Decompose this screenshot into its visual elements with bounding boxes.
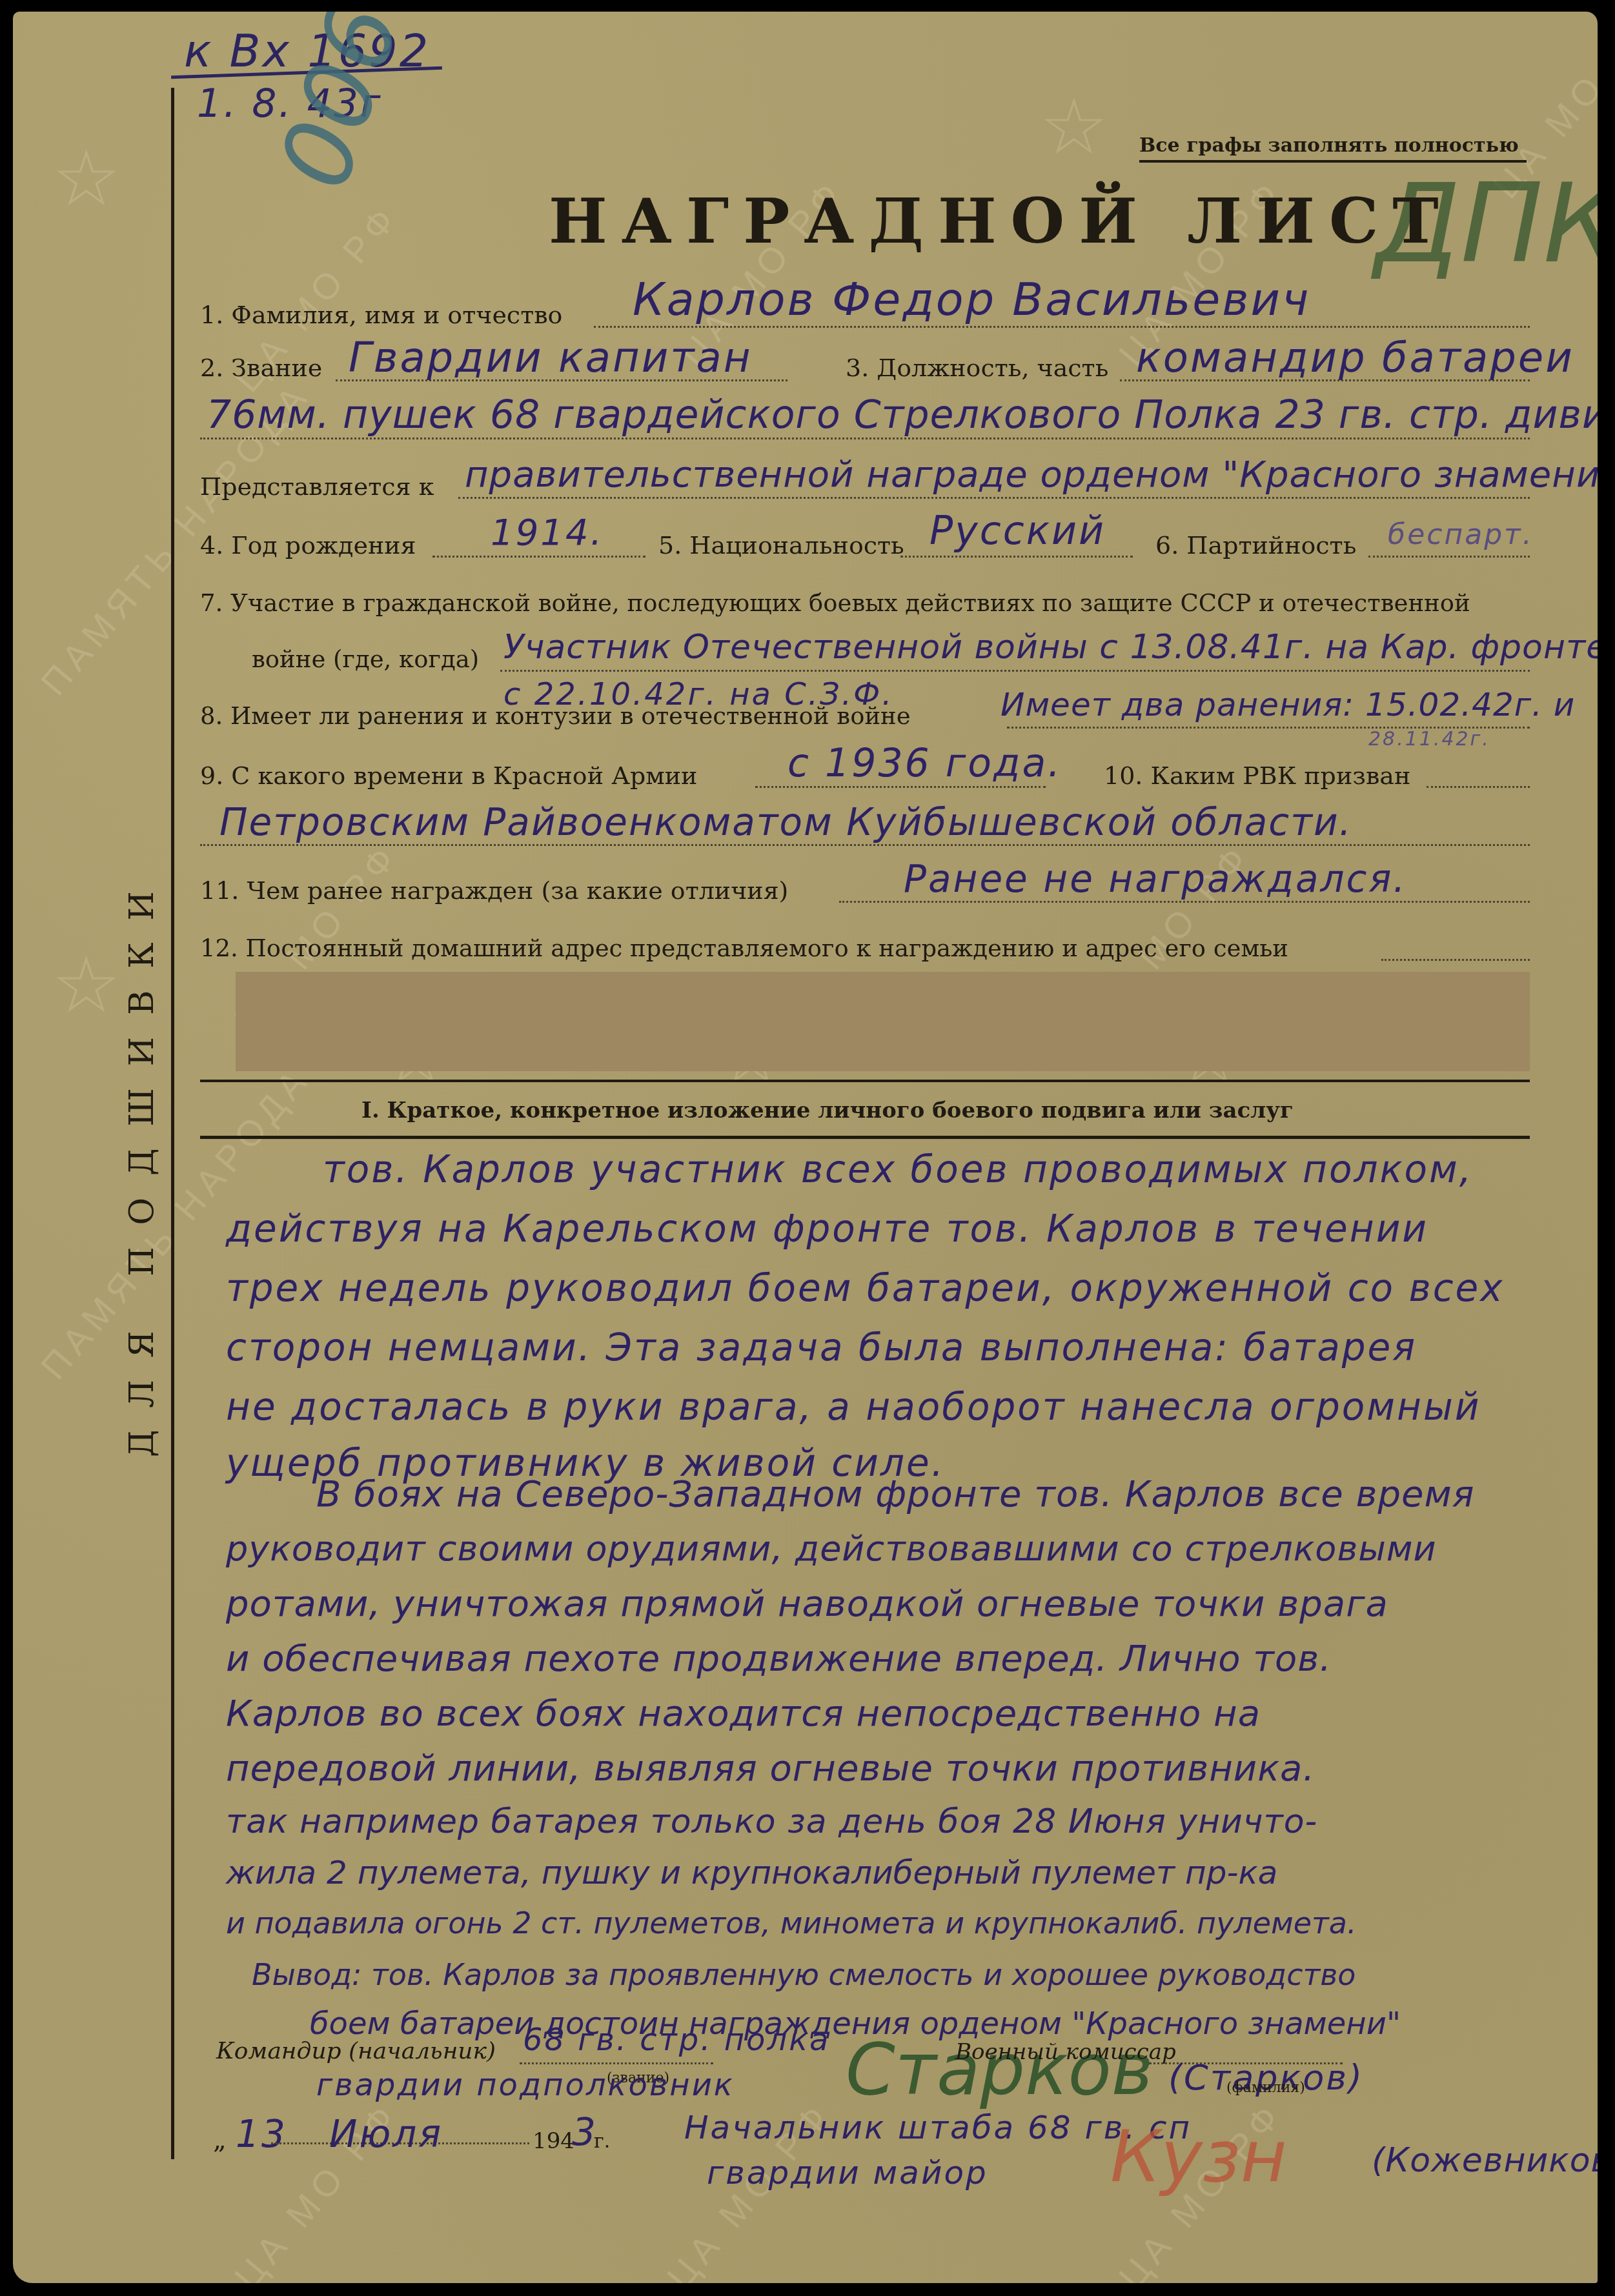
narrative-line: трех недель руководил боем батареи, окру… (226, 1266, 1505, 1310)
field-2-label: 2. Звание (200, 354, 322, 382)
narrative-line: руководит своими орудиями, действовавшим… (226, 1528, 1437, 1569)
field-1-label: 1. Фамилия, имя и отчество (200, 301, 562, 329)
field-11-value: Ранее не награждался. (904, 857, 1407, 901)
star-watermark-icon: ☆ (52, 947, 121, 1025)
section-rule-bottom (200, 1136, 1530, 1139)
field-9-value: с 1936 года. (787, 741, 1062, 786)
commander-unit: 68 гв. стр. полка (523, 2022, 831, 2058)
field-4-value: 1914. (491, 512, 604, 554)
narrative-line: тов. Карлов участник всех боев проводимы… (323, 1147, 1473, 1191)
narrative-line: сторон немцами. Эта задача была выполнен… (226, 1325, 1417, 1369)
field-5-line (900, 556, 1133, 558)
field-1-line (594, 326, 1530, 328)
field-12-line (1381, 959, 1530, 961)
date-year-prefix: 194 (533, 2128, 574, 2154)
field-3-label: 3. Должность, часть (846, 354, 1108, 382)
field-3-line-cont (200, 438, 1530, 439)
presented-value: правительственной награде орденом "Красн… (465, 454, 1598, 496)
redacted-address (236, 972, 1530, 1071)
field-3-value: командир батареи (1136, 334, 1574, 382)
narrative-line: передовой линии, выявляя огневые точки п… (226, 1747, 1315, 1789)
presented-line (458, 497, 1530, 499)
date-year-g: г. (594, 2130, 610, 2153)
field-7-label-line2: войне (где, когда) (252, 645, 479, 673)
chief-of-staff-signature: Кузн (1110, 2115, 1287, 2198)
field-6-line (1368, 556, 1530, 558)
field-12-label: 12. Постоянный домашний адрес представля… (200, 934, 1288, 962)
section-1-heading: I. Краткое, конкретное изложение личного… (361, 1098, 1294, 1123)
narrative-line: Вывод: тов. Карлов за проявленную смелос… (252, 1957, 1356, 1992)
commander-line (520, 2062, 713, 2064)
narrative-line: ротами, уничтожая прямой наводкой огневы… (226, 1583, 1388, 1625)
presented-label: Представляется к (200, 472, 434, 501)
narrative-line: жила 2 пулемета, пушку и крупнокалиберны… (226, 1854, 1277, 1891)
field-10-line (1427, 786, 1530, 788)
field-7-label-line1: 7. Участие в гражданской войне, последую… (200, 589, 1470, 617)
field-8-value: Имеет два ранения: 15.02.42г. и (1000, 686, 1575, 723)
commissar-label: Военный комиссар (955, 2039, 1176, 2065)
narrative-line: В боях на Северо-Западном фронте тов. Ка… (316, 1473, 1474, 1515)
field-5-value: Русский (929, 509, 1106, 554)
page-title: НАГРАДНОЙ ЛИСТ (549, 185, 1453, 257)
field-9-line (755, 786, 1046, 788)
commander-label: Командир (начальник) (216, 2038, 496, 2064)
chief-of-staff-rank: гвардии майор (707, 2154, 988, 2191)
binding-margin-label: ДЛЯ ПОДШИВКИ (123, 869, 161, 1457)
section-rule-top (200, 1080, 1530, 1082)
narrative-line: действуя на Карельском фронте тов. Карло… (226, 1207, 1428, 1251)
field-4-line (432, 556, 645, 558)
field-2-value: Гвардии капитан (349, 334, 753, 382)
field-8-label: 8. Имеет ли ранения и контузии в отечест… (200, 702, 911, 730)
field-10-value: Петровским Райвоенкоматом Куйбышевской о… (219, 800, 1352, 844)
narrative-line: так например батарея только за день боя … (226, 1802, 1317, 1841)
instruction-underline (1139, 160, 1527, 163)
field-6-value: беспарт. (1388, 518, 1534, 551)
field-3-value-cont: 76мм. пушек 68 гвардейского Стрелкового … (207, 392, 1598, 438)
narrative-line: и обеспечивая пехоте продвижение вперед.… (226, 1638, 1332, 1680)
star-watermark-icon: ☆ (1039, 89, 1109, 166)
date-day: 13 (236, 2112, 287, 2156)
field-10-label: 10. Каким РВК призван (1104, 761, 1410, 790)
binding-margin-line (171, 88, 174, 2159)
field-11-label: 11. Чем ранее награжден (за какие отличи… (200, 876, 788, 905)
field-6-label: 6. Партийность (1155, 531, 1356, 559)
date-open-quote: „ (213, 2125, 227, 2155)
field-7-line (500, 670, 1530, 672)
field-8-value-cont: 28.11.42г. (1368, 728, 1490, 750)
field-9-label: 9. С какого времени в Красной Армии (200, 761, 697, 790)
field-5-label: 5. Национальность (658, 531, 904, 559)
field-10-line-cont (200, 844, 1530, 846)
star-watermark-icon: ☆ (52, 141, 121, 218)
instruction-text: Все графы заполнять полностью (1139, 134, 1519, 157)
chief-of-staff-name: (Кожевников) (1372, 2141, 1598, 2180)
field-11-line (839, 901, 1530, 903)
commander-rank: гвардии подполковник (316, 2067, 735, 2103)
date-month: Июля (329, 2112, 443, 2156)
narrative-line: Карлов во всех боях находится непосредст… (226, 1693, 1261, 1735)
field-7-value: Участник Отечественной войны с 13.08.41г… (503, 628, 1598, 667)
field-1-value: Карлов Федор Васильевич (633, 273, 1310, 326)
field-4-label: 4. Год рождения (200, 531, 416, 559)
name-caption: (фамилия) (1226, 2080, 1305, 2096)
narrative-line: не досталась в руки врага, а наоборот на… (226, 1385, 1481, 1429)
award-sheet: ЦА МО РФ ЦА МО РФ ЦА МО РФ ЦА МО РФ ЦА М… (13, 12, 1598, 2283)
narrative-line: и подавила огонь 2 ст. пулеметов, миноме… (226, 1906, 1357, 1940)
